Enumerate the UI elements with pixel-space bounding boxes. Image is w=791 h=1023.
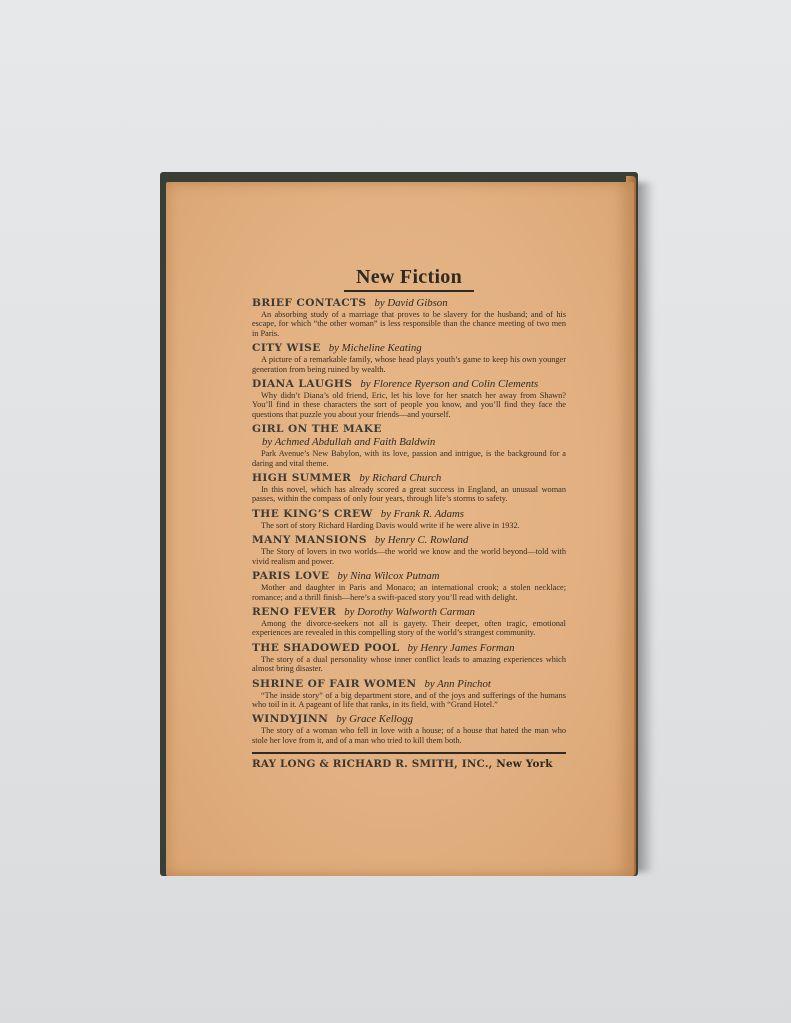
- book-author: by Achmed Abdullah and Faith Baldwin: [262, 436, 566, 449]
- book-list: BRIEF CONTACTSby David GibsonAn absorbin…: [252, 296, 566, 745]
- book-entry-heading: DIANA LAUGHSby Florence Ryerson and Coli…: [252, 377, 566, 391]
- book-title: CITY WISE: [252, 342, 321, 354]
- book-author: by Micheline Keating: [329, 342, 422, 354]
- book-entry: CITY WISEby Micheline KeatingA picture o…: [252, 341, 566, 374]
- book-entry-heading: GIRL ON THE MAKEby Achmed Abdullah and F…: [252, 422, 566, 449]
- book-title: SHRINE OF FAIR WOMEN: [252, 678, 416, 690]
- book-description: An absorbing study of a marriage that pr…: [252, 310, 566, 338]
- book-title: MANY MANSIONS: [252, 534, 367, 546]
- book-entry: WINDYJINNby Grace KelloggThe story of a …: [252, 712, 566, 745]
- book-entry: HIGH SUMMERby Richard ChurchIn this nove…: [252, 471, 566, 504]
- book-author: by Nina Wilcox Putnam: [337, 570, 439, 582]
- page-title: New Fiction: [344, 266, 474, 292]
- book-title: HIGH SUMMER: [252, 472, 351, 484]
- book-entry-heading: CITY WISEby Micheline Keating: [252, 341, 566, 355]
- divider: [252, 752, 566, 754]
- book-entry-heading: HIGH SUMMERby Richard Church: [252, 471, 566, 485]
- book-entry: SHRINE OF FAIR WOMENby Ann Pinchot“The i…: [252, 677, 566, 710]
- book-author: by Dorothy Walworth Carman: [344, 606, 475, 618]
- book-entry-heading: THE SHADOWED POOLby Henry James Forman: [252, 641, 566, 655]
- book-description: The story of a woman who fell in love wi…: [252, 726, 566, 745]
- book-author: by Richard Church: [359, 472, 441, 484]
- book-description: The sort of story Richard Harding Davis …: [252, 521, 566, 530]
- book-description: Mother and daughter in Paris and Monaco;…: [252, 583, 566, 602]
- book-author: by Ann Pinchot: [424, 678, 490, 690]
- book-author: by Frank R. Adams: [381, 508, 464, 520]
- jacket-text: New Fiction BRIEF CONTACTSby David Gibso…: [252, 266, 566, 770]
- book-entry-heading: MANY MANSIONSby Henry C. Rowland: [252, 533, 566, 547]
- book-description: The story of a dual personality whose in…: [252, 655, 566, 674]
- book-author: by Grace Kellogg: [336, 713, 413, 725]
- book-author: by Henry C. Rowland: [375, 534, 469, 546]
- book-entry: THE SHADOWED POOLby Henry James FormanTh…: [252, 641, 566, 674]
- book-description: In this novel, which has already scored …: [252, 485, 566, 504]
- book-entry: RENO FEVERby Dorothy Walworth CarmanAmon…: [252, 605, 566, 638]
- book-entry: BRIEF CONTACTSby David GibsonAn absorbin…: [252, 296, 566, 338]
- book-entry: THE KING’S CREWby Frank R. AdamsThe sort…: [252, 507, 566, 530]
- book-entry: PARIS LOVEby Nina Wilcox PutnamMother an…: [252, 569, 566, 602]
- book-title: THE SHADOWED POOL: [252, 642, 399, 654]
- book-title: RENO FEVER: [252, 606, 336, 618]
- book-author: by Florence Ryerson and Colin Clements: [360, 378, 538, 390]
- book-entry-heading: SHRINE OF FAIR WOMENby Ann Pinchot: [252, 677, 566, 691]
- publisher-line: RAY LONG & RICHARD R. SMITH, INC., New Y…: [252, 758, 566, 770]
- book-title: DIANA LAUGHS: [252, 378, 352, 390]
- book-description: Park Avenue’s New Babylon, with its love…: [252, 449, 566, 468]
- book-entry-heading: PARIS LOVEby Nina Wilcox Putnam: [252, 569, 566, 583]
- book-entry-heading: BRIEF CONTACTSby David Gibson: [252, 296, 566, 310]
- publisher-name: RAY LONG & RICHARD R. SMITH, INC.,: [252, 758, 492, 770]
- book-entry: MANY MANSIONSby Henry C. RowlandThe Stor…: [252, 533, 566, 566]
- book-title: BRIEF CONTACTS: [252, 297, 366, 309]
- book-entry: GIRL ON THE MAKEby Achmed Abdullah and F…: [252, 422, 566, 468]
- publisher-city: New York: [496, 758, 552, 770]
- book-description: Why didn’t Diana’s old friend, Eric, let…: [252, 391, 566, 419]
- book-author: by Henry James Forman: [407, 642, 514, 654]
- book-entry-heading: RENO FEVERby Dorothy Walworth Carman: [252, 605, 566, 619]
- book-title: PARIS LOVE: [252, 570, 329, 582]
- book-entry-heading: THE KING’S CREWby Frank R. Adams: [252, 507, 566, 521]
- book-entry: DIANA LAUGHSby Florence Ryerson and Coli…: [252, 377, 566, 419]
- book-description: “The inside story” of a big department s…: [252, 691, 566, 710]
- book-title: GIRL ON THE MAKE: [252, 423, 382, 435]
- book-description: Among the divorce-seekers not all is gay…: [252, 619, 566, 638]
- book-description: A picture of a remarkable family, whose …: [252, 355, 566, 374]
- book-title: THE KING’S CREW: [252, 508, 373, 520]
- book-entry-heading: WINDYJINNby Grace Kellogg: [252, 712, 566, 726]
- book-author: by David Gibson: [374, 297, 447, 309]
- book-description: The Story of lovers in two worlds—the wo…: [252, 547, 566, 566]
- book-title: WINDYJINN: [252, 713, 328, 725]
